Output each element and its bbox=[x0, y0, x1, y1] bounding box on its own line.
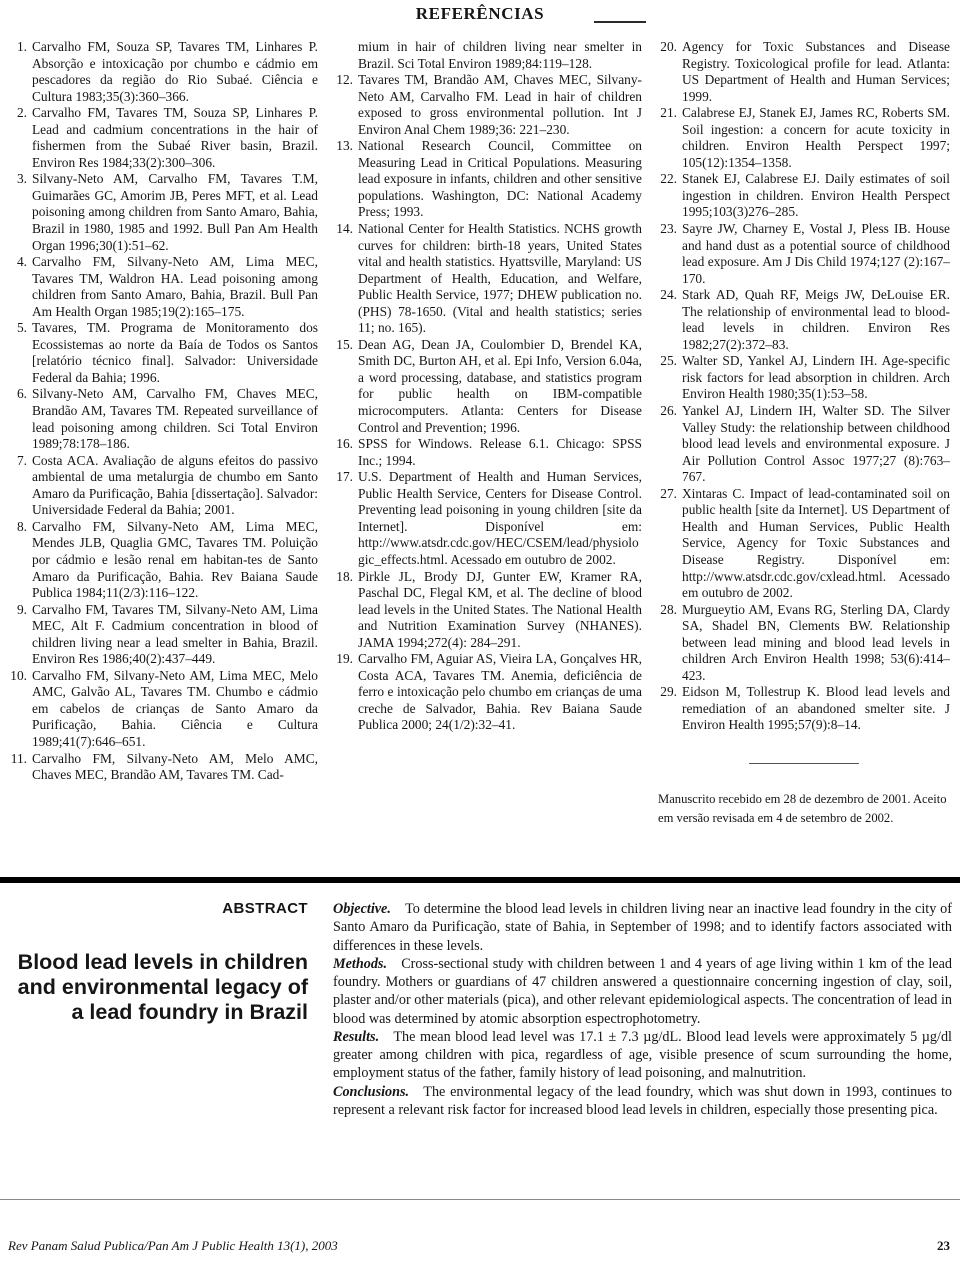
reference-column: 1.Carvalho FM, Souza SP, Tavares TM, Lin… bbox=[8, 39, 318, 828]
reference-text: Stanek EJ, Calabrese EJ. Daily estimates… bbox=[682, 171, 950, 221]
reference-number: 22. bbox=[658, 171, 682, 221]
reference-number: 21. bbox=[658, 105, 682, 171]
reference-text: National Research Council, Committee on … bbox=[358, 138, 642, 221]
reference-item: 14.National Center for Health Statistics… bbox=[334, 221, 642, 337]
abstract-body: Objective. To determine the blood lead l… bbox=[333, 900, 952, 1119]
reference-text: Carvalho FM, Silvany-Neto AM, Lima MEC, … bbox=[32, 254, 318, 320]
journal-citation: Rev Panam Salud Publica/Pan Am J Public … bbox=[8, 1238, 338, 1254]
reference-text: Carvalho FM, Souza SP, Tavares TM, Linha… bbox=[32, 39, 318, 105]
reference-item: 22.Stanek EJ, Calabrese EJ. Daily estima… bbox=[658, 171, 950, 221]
reference-number: 8. bbox=[8, 519, 32, 602]
reference-text: Silvany-Neto AM, Carvalho FM, Chaves MEC… bbox=[32, 386, 318, 452]
reference-column: 20.Agency for Toxic Substances and Disea… bbox=[658, 39, 950, 828]
reference-text: Carvalho FM, Silvany-Neto AM, Melo AMC, … bbox=[32, 751, 318, 784]
reference-text: Costa ACA. Avaliação de alguns efeitos d… bbox=[32, 453, 318, 519]
reference-number: 1. bbox=[8, 39, 32, 105]
reference-text: mium in hair of children living near sme… bbox=[358, 39, 642, 72]
reference-number: 18. bbox=[334, 569, 358, 652]
reference-number: 5. bbox=[8, 320, 32, 386]
reference-number bbox=[334, 39, 358, 72]
abstract-paragraph: Results. The mean blood lead level was 1… bbox=[333, 1028, 952, 1083]
title-rule bbox=[594, 21, 646, 23]
reference-item: 19.Carvalho FM, Aguiar AS, Vieira LA, Go… bbox=[334, 651, 642, 734]
reference-number: 27. bbox=[658, 486, 682, 602]
reference-text: Carvalho FM, Tavares TM, Souza SP, Linha… bbox=[32, 105, 318, 171]
reference-item: 20.Agency for Toxic Substances and Disea… bbox=[658, 39, 950, 105]
abstract-paragraph: Methods. Cross-sectional study with chil… bbox=[333, 955, 952, 1028]
reference-number: 11. bbox=[8, 751, 32, 784]
reference-number: 25. bbox=[658, 353, 682, 403]
abstract-label: ABSTRACT bbox=[8, 900, 308, 917]
reference-item: 9.Carvalho FM, Tavares TM, Silvany-Neto … bbox=[8, 602, 318, 668]
reference-item: 2.Carvalho FM, Tavares TM, Souza SP, Lin… bbox=[8, 105, 318, 171]
reference-number: 9. bbox=[8, 602, 32, 668]
reference-item: 18.Pirkle JL, Brody DJ, Gunter EW, Krame… bbox=[334, 569, 642, 652]
reference-number: 23. bbox=[658, 221, 682, 287]
reference-item: 27.Xintaras C. Impact of lead-contaminat… bbox=[658, 486, 950, 602]
reference-item: 17.U.S. Department of Health and Human S… bbox=[334, 469, 642, 568]
abstract-left-column: ABSTRACT Blood lead levels in children a… bbox=[8, 900, 308, 1119]
reference-text: National Center for Health Statistics. N… bbox=[358, 221, 642, 337]
reference-number: 17. bbox=[334, 469, 358, 568]
abstract-section: ABSTRACT Blood lead levels in children a… bbox=[0, 877, 960, 1119]
reference-text: Pirkle JL, Brody DJ, Gunter EW, Kramer R… bbox=[358, 569, 642, 652]
reference-text: Agency for Toxic Substances and Disease … bbox=[682, 39, 950, 105]
manuscript-note: Manuscrito recebido em 28 de dezembro de… bbox=[658, 790, 950, 828]
reference-item: 5.Tavares, TM. Programa de Monitoramento… bbox=[8, 320, 318, 386]
reference-number: 14. bbox=[334, 221, 358, 337]
reference-item: 7.Costa ACA. Avaliação de alguns efeitos… bbox=[8, 453, 318, 519]
abstract-section-label: Results. bbox=[333, 1029, 379, 1045]
reference-text: Silvany-Neto AM, Carvalho FM, Tavares T.… bbox=[32, 171, 318, 254]
reference-text: Sayre JW, Charney E, Vostal J, Pless IB.… bbox=[682, 221, 950, 287]
reference-text: Tavares TM, Brandão AM, Chaves MEC, Silv… bbox=[358, 72, 642, 138]
reference-text: Carvalho FM, Tavares TM, Silvany-Neto AM… bbox=[32, 602, 318, 668]
reference-number: 28. bbox=[658, 602, 682, 685]
paper-page: { "page": { "header_title": "REFERÊNCIAS… bbox=[0, 0, 960, 1273]
reference-number: 4. bbox=[8, 254, 32, 320]
reference-item: 15.Dean AG, Dean JA, Coulombier D, Brend… bbox=[334, 337, 642, 436]
reference-text: Calabrese EJ, Stanek EJ, James RC, Rober… bbox=[682, 105, 950, 171]
reference-item: 3.Silvany-Neto AM, Carvalho FM, Tavares … bbox=[8, 171, 318, 254]
abstract-paragraph: Objective. To determine the blood lead l… bbox=[333, 900, 952, 955]
reference-number: 15. bbox=[334, 337, 358, 436]
abstract-section-label: Objective. bbox=[333, 901, 391, 917]
reference-number: 16. bbox=[334, 436, 358, 469]
abstract-title: Blood lead levels in children and enviro… bbox=[8, 950, 308, 1025]
reference-text: Eidson M, Tollestrup K. Blood lead level… bbox=[682, 684, 950, 734]
reference-number: 3. bbox=[8, 171, 32, 254]
reference-item: 4.Carvalho FM, Silvany-Neto AM, Lima MEC… bbox=[8, 254, 318, 320]
reference-text: U.S. Department of Health and Human Serv… bbox=[358, 469, 642, 568]
reference-number: 24. bbox=[658, 287, 682, 353]
abstract-paragraph: Conclusions. The environmental legacy of… bbox=[333, 1083, 952, 1120]
reference-item: 28.Murgueytio AM, Evans RG, Sterling DA,… bbox=[658, 602, 950, 685]
page-number: 23 bbox=[937, 1238, 950, 1254]
reference-text: Murgueytio AM, Evans RG, Sterling DA, Cl… bbox=[682, 602, 950, 685]
reference-item: 26.Yankel AJ, Lindern IH, Walter SD. The… bbox=[658, 403, 950, 486]
reference-item: 16.SPSS for Windows. Release 6.1. Chicag… bbox=[334, 436, 642, 469]
abstract-section-label: Methods. bbox=[333, 956, 387, 972]
reference-text: Yankel AJ, Lindern IH, Walter SD. The Si… bbox=[682, 403, 950, 486]
reference-number: 6. bbox=[8, 386, 32, 452]
reference-number: 19. bbox=[334, 651, 358, 734]
abstract-columns: ABSTRACT Blood lead levels in children a… bbox=[0, 883, 960, 1119]
references-columns: 1.Carvalho FM, Souza SP, Tavares TM, Lin… bbox=[8, 39, 950, 828]
reference-number: 20. bbox=[658, 39, 682, 105]
reference-text: Carvalho FM, Aguiar AS, Vieira LA, Gonça… bbox=[358, 651, 642, 734]
reference-item: 29.Eidson M, Tollestrup K. Blood lead le… bbox=[658, 684, 950, 734]
reference-item: mium in hair of children living near sme… bbox=[334, 39, 642, 72]
footer-rule bbox=[0, 1199, 960, 1200]
reference-text: Xintaras C. Impact of lead-contaminated … bbox=[682, 486, 950, 602]
reference-text: SPSS for Windows. Release 6.1. Chicago: … bbox=[358, 436, 642, 469]
abstract-section-label: Conclusions. bbox=[333, 1084, 409, 1100]
reference-item: 8.Carvalho FM, Silvany-Neto AM, Lima MEC… bbox=[8, 519, 318, 602]
reference-item: 12.Tavares TM, Brandão AM, Chaves MEC, S… bbox=[334, 72, 642, 138]
reference-text: Carvalho FM, Silvany-Neto AM, Lima MEC, … bbox=[32, 668, 318, 751]
reference-text: Walter SD, Yankel AJ, Lindern IH. Age-sp… bbox=[682, 353, 950, 403]
reference-number: 26. bbox=[658, 403, 682, 486]
reference-number: 29. bbox=[658, 684, 682, 734]
page-title: REFERÊNCIAS bbox=[0, 4, 960, 24]
reference-item: 11.Carvalho FM, Silvany-Neto AM, Melo AM… bbox=[8, 751, 318, 784]
reference-item: 6.Silvany-Neto AM, Carvalho FM, Chaves M… bbox=[8, 386, 318, 452]
reference-number: 12. bbox=[334, 72, 358, 138]
reference-item: 1.Carvalho FM, Souza SP, Tavares TM, Lin… bbox=[8, 39, 318, 105]
reference-number: 2. bbox=[8, 105, 32, 171]
manuscript-note-rule bbox=[749, 763, 859, 764]
reference-item: 25.Walter SD, Yankel AJ, Lindern IH. Age… bbox=[658, 353, 950, 403]
reference-text: Tavares, TM. Programa de Monitoramento d… bbox=[32, 320, 318, 386]
reference-column: mium in hair of children living near sme… bbox=[334, 39, 642, 828]
reference-item: 10.Carvalho FM, Silvany-Neto AM, Lima ME… bbox=[8, 668, 318, 751]
reference-number: 7. bbox=[8, 453, 32, 519]
reference-text: Dean AG, Dean JA, Coulombier D, Brendel … bbox=[358, 337, 642, 436]
reference-item: 24.Stark AD, Quah RF, Meigs JW, DeLouise… bbox=[658, 287, 950, 353]
page-footer: Rev Panam Salud Publica/Pan Am J Public … bbox=[8, 1238, 950, 1254]
reference-text: Stark AD, Quah RF, Meigs JW, DeLouise ER… bbox=[682, 287, 950, 353]
reference-item: 13.National Research Council, Committee … bbox=[334, 138, 642, 221]
reference-item: 23.Sayre JW, Charney E, Vostal J, Pless … bbox=[658, 221, 950, 287]
reference-number: 10. bbox=[8, 668, 32, 751]
reference-item: 21.Calabrese EJ, Stanek EJ, James RC, Ro… bbox=[658, 105, 950, 171]
reference-text: Carvalho FM, Silvany-Neto AM, Lima MEC, … bbox=[32, 519, 318, 602]
reference-number: 13. bbox=[334, 138, 358, 221]
